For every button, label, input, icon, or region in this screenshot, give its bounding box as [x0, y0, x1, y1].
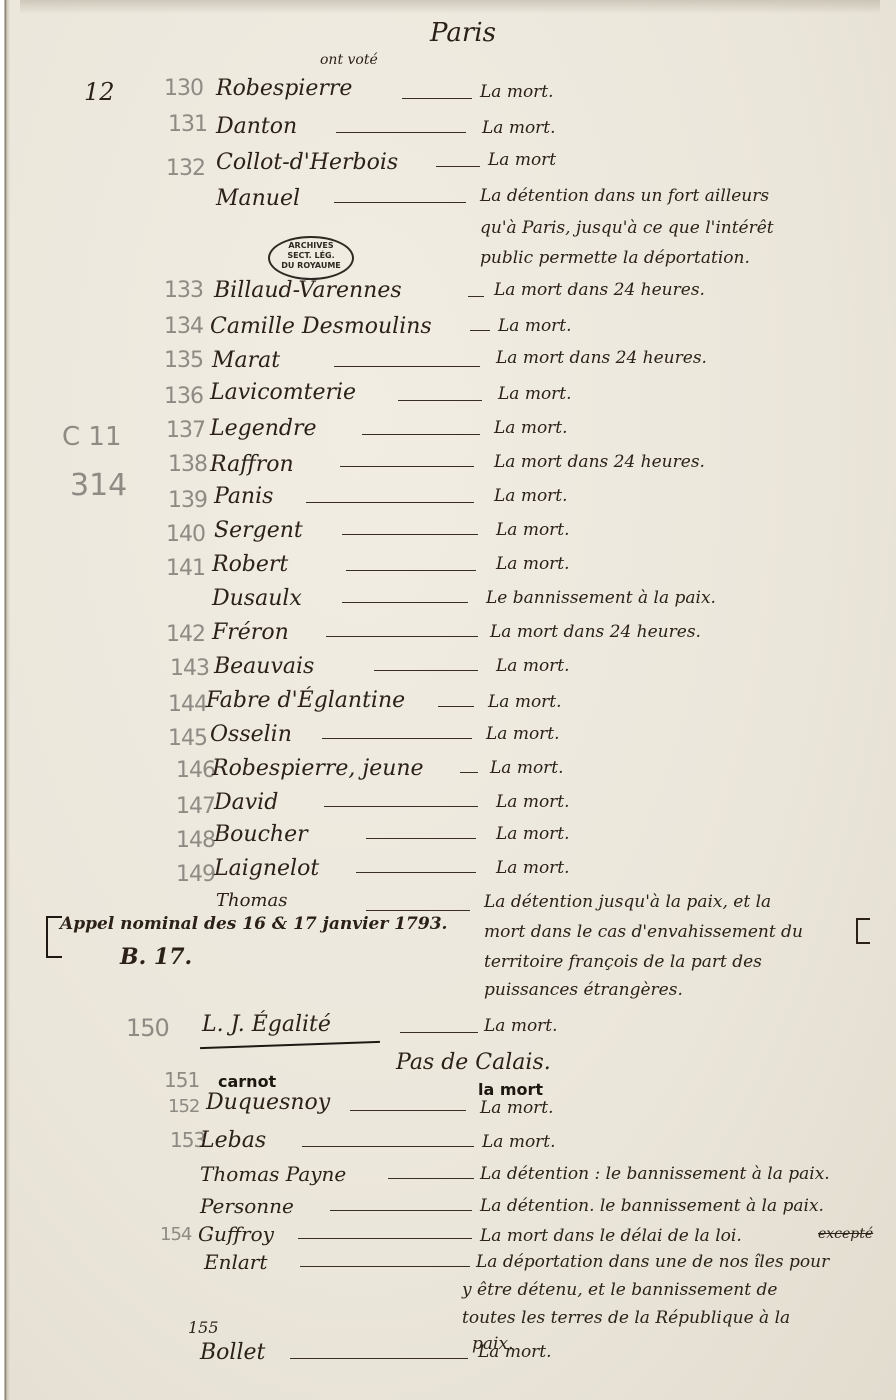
leader-line [356, 872, 476, 873]
deputy-name: L. J. Égalité [202, 1012, 331, 1037]
entry-number: 147 [176, 794, 215, 819]
deputy-name: Bollet [200, 1340, 265, 1365]
entry-number: 144 [168, 692, 207, 717]
section-heading-pas-de-calais: Pas de Calais. [396, 1050, 551, 1075]
vote-text: La mort. [490, 758, 564, 778]
deputy-name: Lebas [200, 1128, 266, 1153]
entry-number-151: 151 [164, 1068, 199, 1092]
entry-number: 155 [188, 1318, 219, 1337]
vote-text: La mort. [482, 118, 556, 138]
vote-text: La mort. [486, 724, 560, 744]
appel-nominal-ref: B. 17. [120, 944, 192, 970]
vote-text: La détention : le bannissement à la paix… [480, 1164, 830, 1184]
vote-text: La détention jusqu'à la paix, et la [484, 892, 771, 912]
entry-number: 136 [164, 384, 203, 409]
struck-word: excepté [818, 1226, 873, 1242]
deputy-name: Marat [212, 348, 280, 373]
deputy-name: Camille Desmoulins [210, 314, 432, 339]
vote-text: La détention. le bannissement à la paix. [480, 1196, 824, 1216]
leader-line [302, 1146, 474, 1147]
appel-nominal-note: Appel nominal des 16 & 17 janvier 1793. [60, 914, 447, 934]
vote-text: qu'à Paris, jusqu'à ce que l'intérêt [480, 218, 774, 238]
annotation-la-mort: la mort [478, 1080, 543, 1099]
manuscript-page: Paris ont voté 12 ARCHIVES SECT. LÉG. DU… [0, 0, 896, 1400]
deputy-name: Robert [212, 552, 288, 577]
deputy-name: Raffron [210, 452, 294, 477]
stamp-line-1: ARCHIVES [270, 241, 352, 251]
leader-line [374, 670, 478, 671]
vote-text: La mort [488, 150, 556, 170]
deputy-name: Panis [214, 484, 273, 509]
entry-number: 152 [168, 1096, 199, 1117]
vote-text: La mort dans 24 heures. [496, 348, 707, 368]
leader-line [470, 330, 490, 331]
entry-number: 130 [164, 76, 203, 101]
annotation-carnot: carnot [218, 1072, 276, 1091]
entry-number: 141 [166, 556, 205, 581]
entry-number: 137 [166, 418, 205, 443]
leader-line [366, 910, 470, 911]
vote-text: La mort. [484, 1016, 558, 1036]
entry-number: 145 [168, 726, 207, 751]
strikethrough-mark [200, 1041, 380, 1049]
leader-line [366, 838, 476, 839]
vote-text: La mort. [480, 1098, 554, 1118]
entry-number: 154 [160, 1224, 191, 1245]
vote-text: territoire françois de la part des [484, 952, 762, 972]
leader-line [460, 772, 478, 773]
leader-line [306, 502, 474, 503]
deputy-name: Beauvais [214, 654, 314, 679]
deputy-name: David [214, 790, 278, 815]
deputy-name: Lavicomterie [210, 380, 356, 405]
vote-text: La mort dans 24 heures. [494, 452, 705, 472]
deputy-name: Enlart [204, 1250, 267, 1274]
entry-number: 134 [164, 314, 203, 339]
entry-number: 148 [176, 828, 215, 853]
vote-text: La mort. [488, 692, 562, 712]
leader-line [324, 806, 478, 807]
archives-stamp: ARCHIVES SECT. LÉG. DU ROYAUME [268, 236, 354, 280]
deputy-name: Laignelot [214, 856, 319, 881]
leader-line [322, 738, 472, 739]
vote-text: La mort. [496, 858, 570, 878]
entry-number: 132 [166, 156, 205, 181]
vote-text: public permette la déportation. [480, 248, 750, 268]
leader-line [336, 132, 466, 133]
leader-line [300, 1266, 470, 1267]
vote-text: toutes les terres de la République à la [462, 1308, 790, 1328]
page-shadow [20, 0, 880, 14]
entry-number: 149 [176, 862, 215, 887]
page-subheading: ont voté [320, 52, 378, 68]
vote-text: La mort. [496, 656, 570, 676]
entry-number: 133 [164, 278, 203, 303]
vote-text: La mort. [494, 486, 568, 506]
binding-edge [0, 0, 10, 1400]
stamp-line-3: DU ROYAUME [270, 261, 352, 271]
vote-text: puissances étrangères. [484, 980, 683, 1000]
deputy-name: Sergent [214, 518, 303, 543]
vote-text: La mort. [494, 418, 568, 438]
vote-text: La mort dans 24 heures. [490, 622, 701, 642]
leader-line [350, 1110, 466, 1111]
vote-text: La mort. [478, 1342, 552, 1362]
entry-number: 142 [166, 622, 205, 647]
leader-line [334, 366, 480, 367]
vote-text: La mort dans 24 heures. [494, 280, 705, 300]
deputy-name: Manuel [216, 186, 300, 211]
folio-number: 12 [84, 78, 115, 106]
leader-line [290, 1358, 468, 1359]
entry-number: 139 [168, 488, 207, 513]
leader-line [334, 202, 466, 203]
entry-number: 138 [168, 452, 207, 477]
leader-line [340, 466, 474, 467]
deputy-name: Osselin [210, 722, 292, 747]
deputy-name: Fabre d'Églantine [206, 688, 405, 713]
page-heading: Paris [430, 18, 496, 48]
entry-number: 135 [164, 348, 203, 373]
deputy-name: Robespierre, jeune [212, 756, 424, 781]
deputy-name: Fréron [212, 620, 289, 645]
deputy-name: Danton [216, 114, 297, 139]
deputy-name: Robespierre [216, 76, 352, 101]
entry-number: 150 [126, 1014, 169, 1042]
deputy-name: Boucher [214, 822, 308, 847]
vote-text: La mort. [496, 824, 570, 844]
vote-text: Le bannissement à la paix. [486, 588, 716, 608]
leader-line [402, 98, 472, 99]
leader-line [342, 602, 468, 603]
vote-text: La mort. [482, 1132, 556, 1152]
entry-number: 143 [170, 656, 209, 681]
deputy-name: Collot-d'Herbois [216, 150, 398, 175]
vote-text: La mort. [496, 520, 570, 540]
leader-line [326, 636, 478, 637]
leader-line [436, 166, 480, 167]
vote-text: y être détenu, et le bannissement de [462, 1280, 777, 1300]
leader-line [438, 706, 474, 707]
deputy-name: Thomas [216, 890, 287, 911]
leader-line [400, 1032, 478, 1033]
leader-line [342, 534, 478, 535]
leader-line [346, 570, 476, 571]
entry-number: 146 [176, 758, 215, 783]
vote-text: La mort. [498, 384, 572, 404]
deputy-name: Guffroy [198, 1222, 274, 1246]
leader-line [468, 296, 484, 297]
entry-number: 131 [168, 112, 207, 137]
leader-line [388, 1178, 474, 1179]
deputy-name: Personne [200, 1194, 294, 1218]
vote-text: La mort. [498, 316, 572, 336]
deputy-name: Billaud-Varennes [214, 278, 402, 303]
leader-line [398, 400, 482, 401]
vote-text: La mort. [480, 82, 554, 102]
pencil-mark-top: C 11 [62, 422, 122, 452]
vote-text: La mort dans le délai de la loi. [480, 1226, 742, 1246]
deputy-name: Duquesnoy [206, 1090, 330, 1115]
leader-line [362, 434, 480, 435]
bracket-mark [856, 918, 870, 944]
stamp-line-2: SECT. LÉG. [270, 251, 352, 261]
vote-text: La mort. [496, 792, 570, 812]
vote-text: mort dans le cas d'envahissement du [484, 922, 803, 942]
vote-text: La déportation dans une de nos îles pour [476, 1252, 829, 1272]
deputy-name: Thomas Payne [200, 1162, 346, 1186]
vote-text: La mort. [496, 554, 570, 574]
vote-text: La détention dans un fort ailleurs [480, 186, 769, 206]
leader-line [298, 1238, 472, 1239]
entry-number: 140 [166, 522, 205, 547]
leader-line [330, 1210, 472, 1211]
deputy-name: Dusaulx [212, 586, 302, 611]
pencil-mark-bottom: 314 [70, 468, 127, 503]
deputy-name: Legendre [210, 416, 317, 441]
